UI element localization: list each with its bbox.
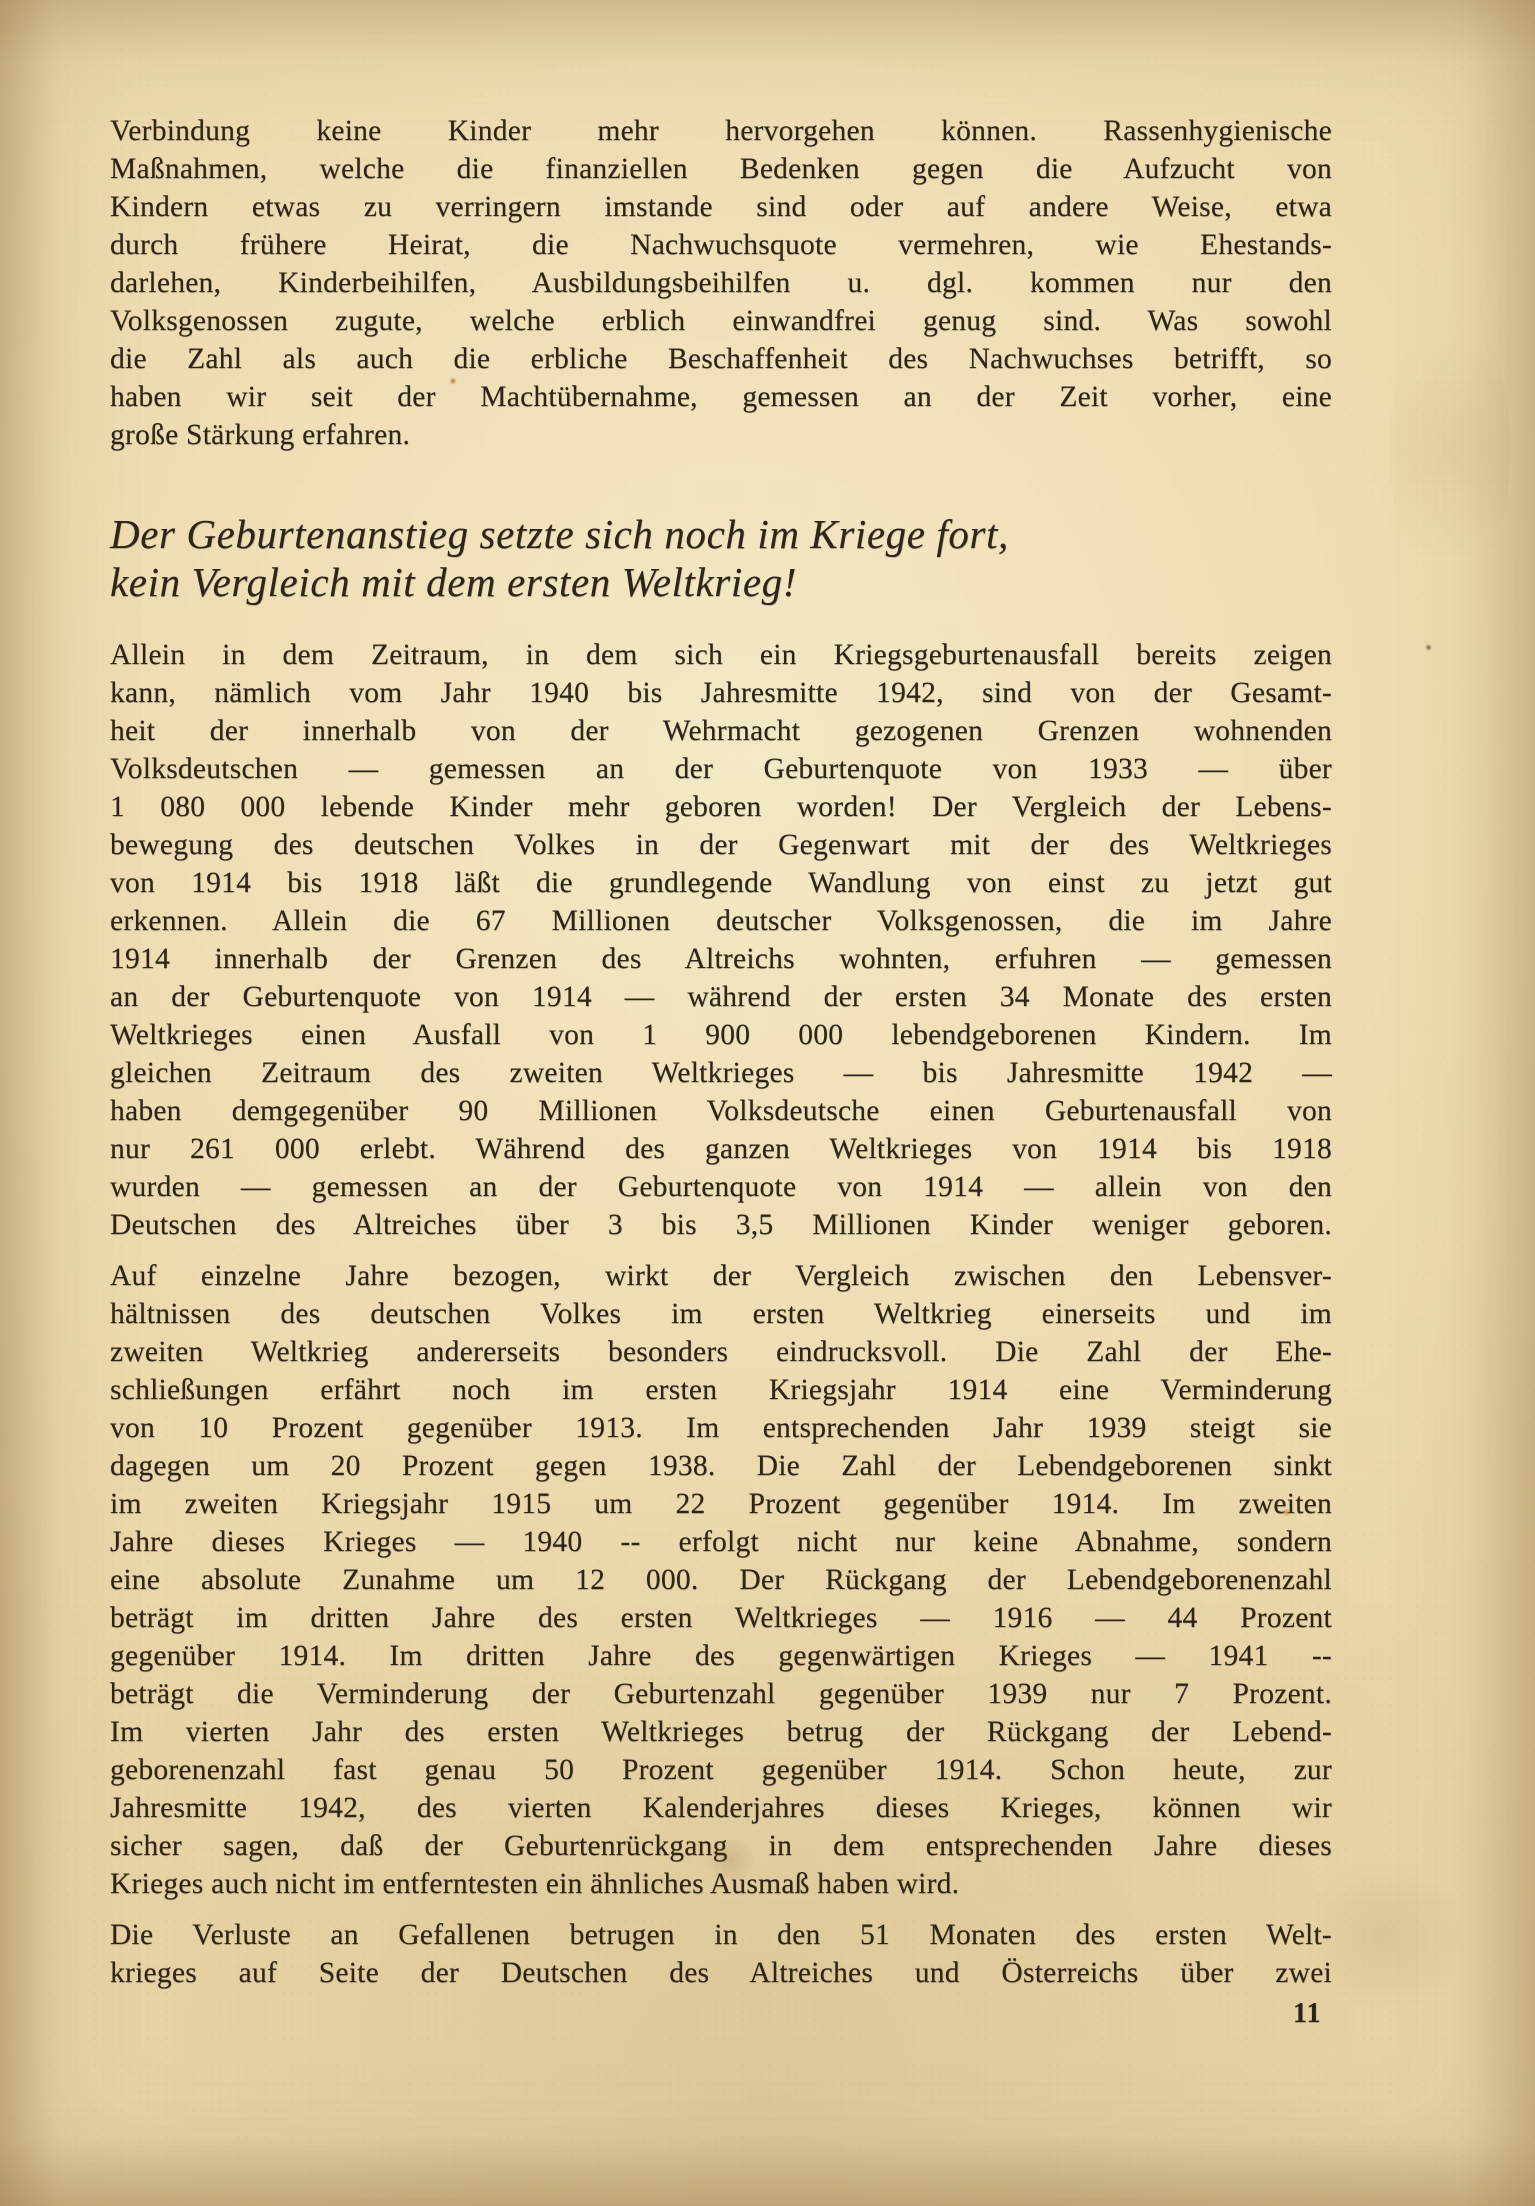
paragraph-1: Verbindung keine Kinder mehr hervorgehen… xyxy=(110,112,1332,454)
text-line: durch frühere Heirat, die Nachwuchsquote… xyxy=(110,226,1332,264)
section-heading-line-2: kein Vergleich mit dem ersten Weltkrieg! xyxy=(110,558,1332,606)
text-line: Krieges auch nicht im entferntesten ein … xyxy=(110,1865,1332,1903)
text-line: nur 261 000 erlebt. Während des ganzen W… xyxy=(110,1130,1332,1168)
text-line: Weltkrieges einen Ausfall von 1 900 000 … xyxy=(110,1016,1332,1054)
text-line: Volksgenossen zugute, welche erblich ein… xyxy=(110,302,1332,340)
section-heading-line-1: Der Geburtenanstieg setzte sich noch im … xyxy=(110,510,1332,558)
text-line: 1 080 000 lebende Kinder mehr geboren wo… xyxy=(110,788,1332,826)
text-line: 1914 innerhalb der Grenzen des Altreichs… xyxy=(110,940,1332,978)
section-heading: Der Geburtenanstieg setzte sich noch im … xyxy=(110,510,1332,606)
text-line: an der Geburtenquote von 1914 — während … xyxy=(110,978,1332,1016)
paper-speck xyxy=(1425,644,1432,651)
text-line: kann, nämlich vom Jahr 1940 bis Jahresmi… xyxy=(110,674,1332,712)
text-line: haben demgegenüber 90 Millionen Volksdeu… xyxy=(110,1092,1332,1130)
text-line: Die Verluste an Gefallenen betrugen in d… xyxy=(110,1916,1332,1954)
text-line: gleichen Zeitraum des zweiten Weltkriege… xyxy=(110,1054,1332,1092)
text-line: Verbindung keine Kinder mehr hervorgehen… xyxy=(110,112,1332,150)
text-line: von 1914 bis 1918 läßt die grundlegende … xyxy=(110,864,1332,902)
scanned-book-page: Verbindung keine Kinder mehr hervorgehen… xyxy=(0,0,1535,2206)
text-line: Auf einzelne Jahre bezogen, wirkt der Ve… xyxy=(110,1257,1332,1295)
text-line: im zweiten Kriegsjahr 1915 um 22 Prozent… xyxy=(110,1485,1332,1523)
text-line: Deutschen des Altreiches über 3 bis 3,5 … xyxy=(110,1206,1332,1244)
paper-stain xyxy=(1390,300,1510,600)
text-line: eine absolute Zunahme um 12 000. Der Rüc… xyxy=(110,1561,1332,1599)
text-line: Volksdeutschen — gemessen an der Geburte… xyxy=(110,750,1332,788)
text-line: dagegen um 20 Prozent gegen 1938. Die Za… xyxy=(110,1447,1332,1485)
text-line: wurden — gemessen an der Geburtenquote v… xyxy=(110,1168,1332,1206)
text-line: darlehen, Kinderbeihilfen, Ausbildungsbe… xyxy=(110,264,1332,302)
text-line: hältnissen des deutschen Volkes im erste… xyxy=(110,1295,1332,1333)
text-line: zweiten Weltkrieg andererseits besonders… xyxy=(110,1333,1332,1371)
text-line: große Stärkung erfahren. xyxy=(110,416,1332,454)
paragraph-4: Die Verluste an Gefallenen betrugen in d… xyxy=(110,1916,1332,1992)
text-line: Jahre dieses Krieges — 1940 -- erfolgt n… xyxy=(110,1523,1332,1561)
text-line: schließungen erfährt noch im ersten Krie… xyxy=(110,1371,1332,1409)
text-block: Verbindung keine Kinder mehr hervorgehen… xyxy=(110,112,1332,1992)
text-line: beträgt im dritten Jahre des ersten Welt… xyxy=(110,1599,1332,1637)
text-line: Kindern etwas zu verringern imstande sin… xyxy=(110,188,1332,226)
paragraph-2: Allein in dem Zeitraum, in dem sich ein … xyxy=(110,636,1332,1244)
text-line: krieges auf Seite der Deutschen des Altr… xyxy=(110,1954,1332,1992)
text-line: beträgt die Verminderung der Geburtenzah… xyxy=(110,1675,1332,1713)
text-line: Maßnahmen, welche die finanziellen Beden… xyxy=(110,150,1332,188)
text-line: geborenenzahl fast genau 50 Prozent gege… xyxy=(110,1751,1332,1789)
paragraph-3: Auf einzelne Jahre bezogen, wirkt der Ve… xyxy=(110,1257,1332,1903)
text-line: sicher sagen, daß der Geburtenrückgang i… xyxy=(110,1827,1332,1865)
page-number: 11 xyxy=(1293,1998,1321,2030)
text-line: von 10 Prozent gegenüber 1913. Im entspr… xyxy=(110,1409,1332,1447)
text-line: Allein in dem Zeitraum, in dem sich ein … xyxy=(110,636,1332,674)
text-line: gegenüber 1914. Im dritten Jahre des geg… xyxy=(110,1637,1332,1675)
text-line: Im vierten Jahr des ersten Weltkrieges b… xyxy=(110,1713,1332,1751)
text-line: bewegung des deutschen Volkes in der Geg… xyxy=(110,826,1332,864)
text-line: Jahresmitte 1942, des vierten Kalenderja… xyxy=(110,1789,1332,1827)
text-line: erkennen. Allein die 67 Millionen deutsc… xyxy=(110,902,1332,940)
text-line: haben wir seit der Machtübernahme, gemes… xyxy=(110,378,1332,416)
text-line: die Zahl als auch die erbliche Beschaffe… xyxy=(110,340,1332,378)
text-line: heit der innerhalb von der Wehrmacht gez… xyxy=(110,712,1332,750)
